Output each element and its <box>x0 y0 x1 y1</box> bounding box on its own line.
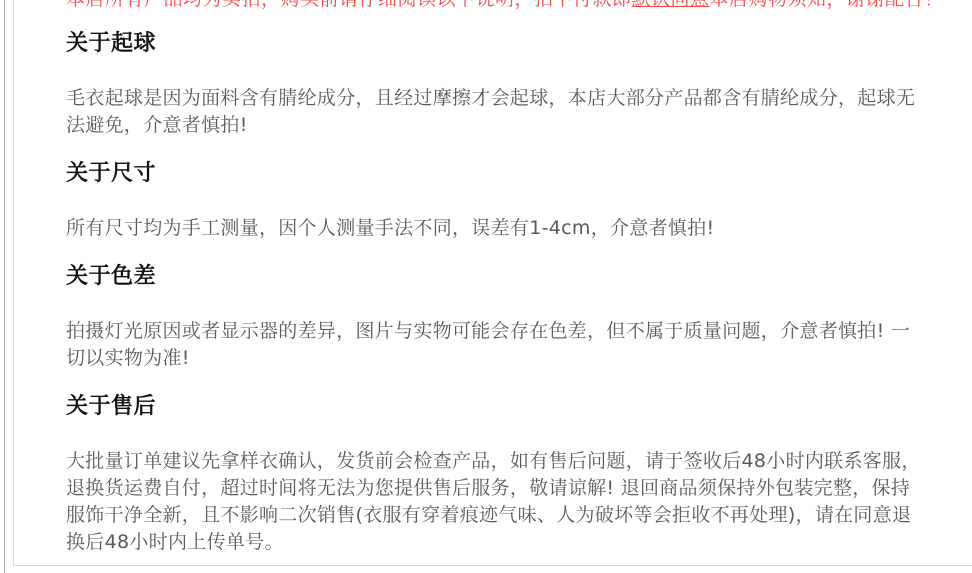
section-body-sizing: 所有尺寸均为手工测量，因个人测量手法不同，误差有1-4cm，介意者慎拍! <box>66 215 922 242</box>
notice-panel: 本店所有产品均为实拍，购买前请仔细阅读以下说明，拍下付款即默认同意本店购物须知，… <box>13 0 972 566</box>
section-body-pilling: 毛衣起球是因为面料含有腈纶成分，且经过摩擦才会起球，本店大部分产品都含有腈纶成分… <box>66 85 922 139</box>
section-heading-after-sales: 关于售后 <box>66 396 922 418</box>
notice-content: 本店所有产品均为实拍，购买前请仔细阅读以下说明，拍下付款即默认同意本店购物须知，… <box>66 0 922 556</box>
section-heading-pilling: 关于起球 <box>66 33 922 55</box>
top-warning-text-suffix: 本店购物须知，谢谢配合！ <box>710 0 944 10</box>
section-heading-sizing: 关于尺寸 <box>66 163 922 185</box>
product-detail-notice-page: 本店所有产品均为实拍，购买前请仔细阅读以下说明，拍下付款即默认同意本店购物须知，… <box>0 0 972 573</box>
section-heading-color-difference: 关于色差 <box>66 266 922 288</box>
page-left-rule <box>4 0 5 573</box>
section-body-color-difference: 拍摄灯光原因或者显示器的差异，图片与实物可能会存在色差，但不属于质量问题，介意者… <box>66 318 922 372</box>
section-body-after-sales: 大批量订单建议先拿样衣确认，发货前会检查产品，如有售后问题，请于签收后48小时内… <box>66 448 922 556</box>
top-warning-notice: 本店所有产品均为实拍，购买前请仔细阅读以下说明，拍下付款即默认同意本店购物须知，… <box>66 0 922 9</box>
top-warning-underlined-text: 默认同意 <box>632 0 710 10</box>
top-warning-text: 本店所有产品均为实拍，购买前请仔细阅读以下说明，拍下付款即 <box>66 0 632 10</box>
